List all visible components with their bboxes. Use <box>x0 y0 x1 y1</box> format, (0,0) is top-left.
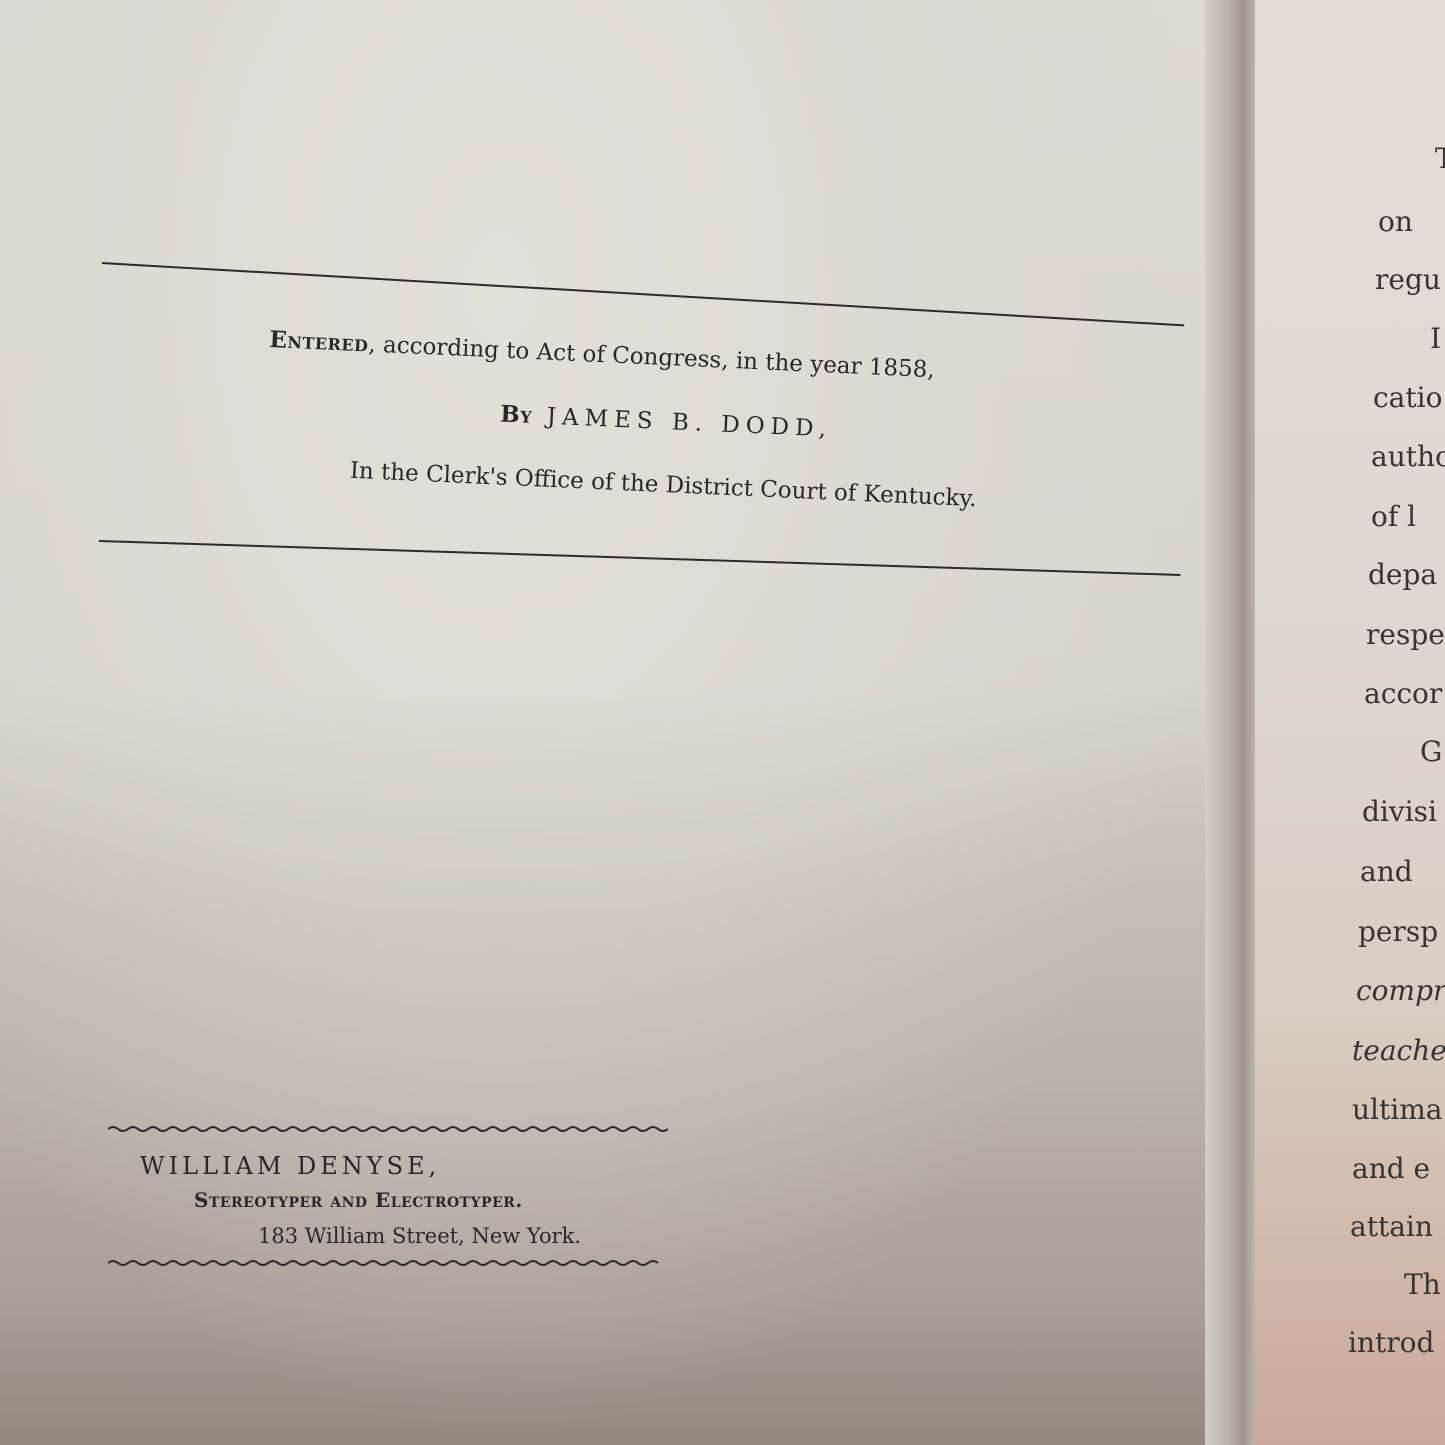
entered-label: Entered <box>269 326 369 357</box>
by-label: By <box>500 401 533 429</box>
right-page-line: persp <box>1358 915 1438 948</box>
printer-name: WILLIAM DENYSE, <box>140 1152 440 1180</box>
right-page-line: introd <box>1348 1326 1434 1359</box>
right-page-line: and <box>1360 855 1413 888</box>
right-page-line: G <box>1420 735 1442 768</box>
copyright-line-3: In the Clerk's Office of the District Co… <box>263 456 1063 515</box>
right-page-line: attain <box>1350 1210 1433 1243</box>
right-page-line: and e <box>1352 1152 1430 1185</box>
right-page-line: Th <box>1404 1268 1441 1301</box>
right-page-line: I <box>1430 322 1441 355</box>
right-page-line: divisi <box>1362 795 1437 828</box>
right-page-line: ultima <box>1352 1093 1442 1126</box>
wavy-rule-bottom <box>108 1258 660 1268</box>
right-page-line: on <box>1378 205 1413 238</box>
printer-trade: Stereotyper and Electrotyper. <box>194 1188 523 1212</box>
printer-address: 183 William Street, New York. <box>258 1224 581 1248</box>
right-page-line: autho <box>1371 440 1445 473</box>
right-page-line: compr <box>1356 974 1445 1007</box>
right-page-line: depa <box>1368 558 1437 591</box>
author-name: JAMES B. DODD, <box>546 404 832 443</box>
right-page-line: teache <box>1352 1034 1445 1067</box>
wavy-rule-top <box>108 1124 674 1134</box>
right-page-line: respe <box>1366 618 1445 651</box>
right-page-line: catio <box>1373 381 1442 414</box>
right-page-line: accor <box>1364 677 1442 710</box>
right-page-line: regu <box>1375 263 1441 296</box>
copyright-line-2: By JAMES B. DODD, <box>266 392 1066 452</box>
right-page-line: of l <box>1371 500 1416 533</box>
copyright-notice: Entered, according to Act of Congress, i… <box>261 328 1069 555</box>
printer-imprint: WILLIAM DENYSE, Stereotyper and Electrot… <box>108 1124 674 1274</box>
book-gutter <box>1205 0 1260 1445</box>
right-page-line: T <box>1435 142 1445 175</box>
